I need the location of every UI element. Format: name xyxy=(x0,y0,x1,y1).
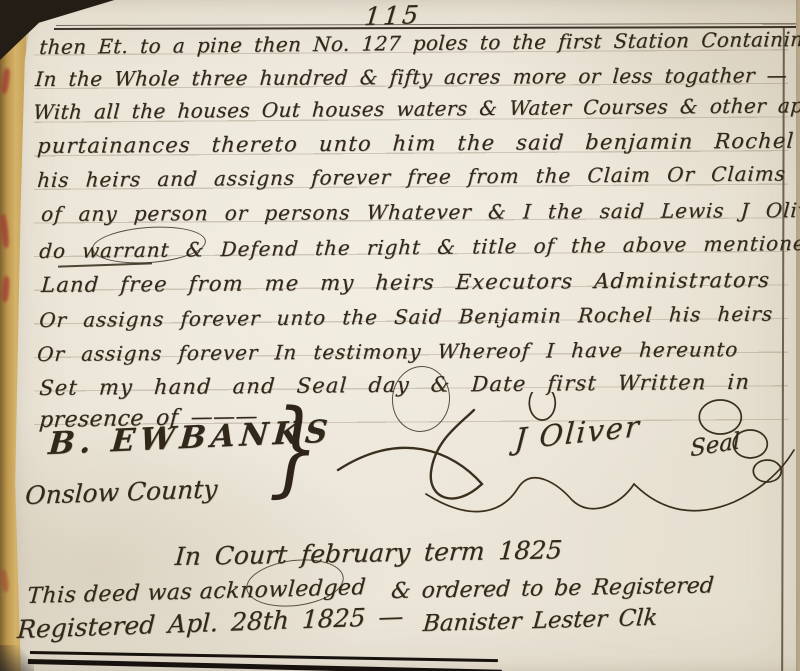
deed-line-6: of any person or persons Whatever & I th… xyxy=(40,198,800,226)
deed-line-2: In the Whole three hundred & fifty acres… xyxy=(34,63,787,91)
photo-corner-shadow-bottom xyxy=(0,645,34,671)
marble-mark xyxy=(1,276,10,302)
deed-page-photo: 115 then Et. to a pine then No. 127 pole… xyxy=(0,0,800,671)
marble-mark xyxy=(0,570,9,593)
deed-line-10: Or assigns forever In testimony Whereof … xyxy=(36,337,739,366)
deed-line-8: Land free from me my heirs Executors Adm… xyxy=(40,268,770,297)
witness-brace: } xyxy=(268,386,319,509)
marble-mark xyxy=(0,214,10,249)
marble-mark xyxy=(0,68,11,95)
